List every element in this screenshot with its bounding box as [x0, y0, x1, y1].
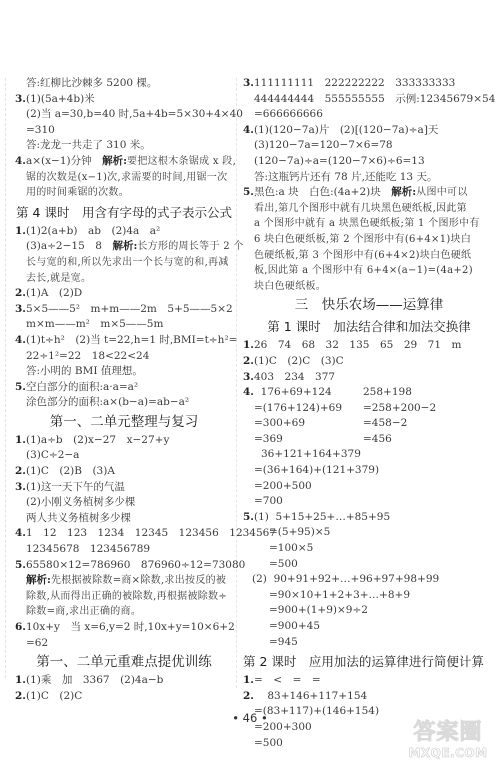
- question-number: 5.: [243, 511, 254, 523]
- review-question-2: 2.(1)C (2)B (3)A: [15, 464, 233, 480]
- answer-text: 空白部分的面积:a·a=a²: [26, 381, 138, 393]
- calc-step: 176+69+124: [261, 386, 332, 398]
- right-column: 3.111111111 222222222 333333333 44444444…: [243, 76, 495, 751]
- review-question-1: 1.(1)a÷b (2)x−27 x−27+y (3)C÷2−a: [15, 433, 233, 464]
- lesson1-question-1: 1.26 74 68 32 135 65 29 71 m: [243, 338, 495, 354]
- question-number: 4.: [243, 386, 254, 398]
- analysis-text: 要把这根木条锯成 x 段,: [127, 156, 236, 167]
- lesson-1-title: 第 1 课时 加法结合律和加法交换律: [243, 317, 495, 337]
- question-4: 4.(1)(120−7a)片 (2)[(120−7a)÷a]天 (3)120−7…: [243, 123, 495, 185]
- analysis-text: 锯的次数是(x−1)次,求需要的时间,用锯一次: [15, 170, 233, 186]
- question-3: 3.(1)(5a+4b)米 (2)当 a=30,b=40 时,5a+4b=5×3…: [15, 92, 233, 154]
- column-divider: [236, 78, 237, 688]
- answer-text: 111111111 222222222 333333333: [254, 77, 455, 89]
- calc-step: =456: [363, 432, 392, 448]
- question-5: 5.黑色:a 块 白色:(4a+2)块 解析:从图中可以 看出,第几个图形中就有…: [243, 185, 495, 294]
- answer-text: (1)(5a+4b)米: [26, 93, 95, 105]
- question-number: 6.: [15, 621, 26, 633]
- question-number: 2.: [243, 355, 254, 367]
- training-section-title: 第一、二单元重难点提优训练: [15, 652, 233, 672]
- lesson4-question-2: 2.(1)A (2)D: [15, 286, 233, 302]
- answer-line: 答:小明的 BMI 值理想。: [15, 364, 233, 380]
- question-number: 3.: [15, 481, 26, 493]
- lesson2-question-1: 1.= < = =: [243, 673, 495, 689]
- calc-step: 90+91+92+…+96+97+98+99: [274, 573, 440, 585]
- answer-text: 26 74 68 32 135 65 29 71 m: [254, 339, 462, 351]
- analysis-label: 解析:: [26, 574, 51, 586]
- question-number: 1.: [15, 674, 26, 686]
- analysis-text: 长方形的周长等于 2 个: [137, 241, 243, 252]
- lesson4-question-3: 3.5×5——5² m+m——2m 5+5——5×2 m×m——m² m×5——…: [15, 302, 233, 333]
- calc-step: =900+45: [243, 619, 495, 635]
- unit-3-title: 三 快乐农场——运算律: [243, 295, 495, 315]
- answer-text: =310: [15, 123, 233, 139]
- analysis-text: 长与宽的和,所以先求出一个长与宽的和,再减: [15, 255, 233, 271]
- question-number: 3.: [243, 77, 254, 89]
- question-number: 1.: [243, 674, 254, 686]
- question-number: 3.: [15, 303, 26, 315]
- answer-text: 444444444 555555555 示例:12345679×54: [243, 92, 495, 108]
- answer-text: 22÷1²=22 18<22<24: [15, 349, 233, 365]
- question-number: 2.: [15, 465, 26, 477]
- watermark-text: 答案圈: [402, 720, 494, 746]
- question-number: 3.: [15, 93, 26, 105]
- analysis-text: 除数,从而得出正确的被除数,再根据被除数÷: [15, 589, 233, 605]
- lesson4-question-4: 4.(1)t÷h² (2)当 t=22,h=1 时,BMI=t÷h²= 22÷1…: [15, 333, 233, 380]
- answer-text: (1)A (2)D: [26, 287, 82, 299]
- calc-step: =945: [243, 635, 495, 651]
- answer-text: m×m——m² m×5——5m: [15, 317, 233, 333]
- watermark-url: MXQE.COM: [402, 746, 494, 760]
- analysis-text: 用的时间乘锯的次数。: [15, 185, 233, 201]
- answer-text: 65580×12=786960 876960÷12=73080: [26, 559, 245, 571]
- question-number: 1.: [15, 434, 26, 446]
- calc-step: =458−2: [363, 416, 407, 432]
- answer-text: (3)120−7a=120−7×6=78: [243, 138, 495, 154]
- lesson-4-title: 第 4 课时 用含有字母的式子表示公式: [15, 203, 233, 223]
- training-question-1: 1.(1)乘 加 3367 (2)4a−b: [15, 673, 233, 689]
- answer-text: =666666666: [243, 107, 495, 123]
- question-number: 4.: [15, 527, 26, 539]
- answer-text: (1)C (2)B (3)A: [26, 465, 115, 477]
- answer-text: (3)C÷2−a: [15, 448, 233, 464]
- question-number: 5.: [15, 381, 26, 393]
- calc-step: 258+198: [363, 385, 412, 401]
- calc-step: =500: [243, 557, 495, 573]
- answer-text: (1)t÷h² (2)当 t=22,h=1 时,BMI=t÷h²=: [26, 334, 237, 346]
- calc-step: =100×5: [243, 541, 495, 557]
- training-question-2: 2.(1)C (2)C: [15, 689, 233, 705]
- review-question-6: 6.10x+y 当 x=6,y=2 时,10x+y=10×6+2 =62: [15, 620, 233, 651]
- question-number: 1.: [243, 339, 254, 351]
- answer-text: 涂色部分的面积:a×(b−a)=ab−a²: [15, 395, 233, 411]
- answer-line: 答:龙龙一共走了 310 米。: [15, 138, 233, 154]
- answer-text: (1)C (2)C: [26, 690, 82, 702]
- lesson1-question-2: 2.(1)C (2)C (3)C: [243, 354, 495, 370]
- watermark-logo: 答案圈 MXQE.COM: [402, 720, 494, 760]
- question-number: 5.: [243, 186, 254, 198]
- answer-text: (120−7a)÷a=(120−7×6)÷6=13: [243, 154, 495, 170]
- left-column: 答:红柳比沙棘多 5200 棵。 3.(1)(5a+4b)米 (2)当 a=30…: [15, 76, 233, 704]
- review-question-5: 5.65580×12=786960 876960÷12=73080 解析:先根据…: [15, 558, 233, 620]
- answer-text: 1 12 123 1234 12345 123456 1234567: [26, 527, 276, 539]
- calc-step: 36+121+164+379: [243, 447, 495, 463]
- lesson1-question-5: 5.(1) 5+15+25+…+85+95 =(5+95)×5 =100×5 =…: [243, 510, 495, 650]
- calc-step: =(36+164)+(121+379): [243, 463, 495, 479]
- answer-text: 403 234 377: [254, 371, 335, 383]
- answer-text: (1)(120−7a)片 (2)[(120−7a)÷a]天: [254, 124, 438, 136]
- lesson1-question-3: 3.403 234 377: [243, 370, 495, 386]
- left-margin-rule: [5, 78, 6, 678]
- question-number: 4.: [15, 334, 26, 346]
- question-number: 5.: [15, 559, 26, 571]
- analysis-text: 块白色硬纸板。: [243, 279, 495, 295]
- answer-text: (2)小刚义务植树多少棵: [15, 495, 233, 511]
- answer-text: (1)C (2)C (3)C: [254, 355, 344, 367]
- sub-label: (2): [252, 573, 267, 585]
- answer-text: a×(x−1)分钟: [26, 155, 92, 167]
- question-number: 1.: [15, 225, 26, 237]
- calc-step: =700: [243, 494, 495, 510]
- analysis-text: 板,因此第 a 个图形中有 6+4×(a−1)=(4a+2): [243, 263, 495, 279]
- question-number: 2.: [243, 690, 254, 702]
- analysis-text: 从图中可以: [416, 187, 468, 198]
- answer-text: (1)2(a+b) ab (2)4a a²: [26, 225, 160, 237]
- calc-step: =90×10+1+2+3+…+8+9: [243, 588, 495, 604]
- question-number: 4.: [15, 155, 26, 167]
- question-number: 3.: [243, 371, 254, 383]
- answer-line: 答:红柳比沙棘多 5200 棵。: [15, 76, 233, 92]
- analysis-text: 色硬纸板,第 3 个图形中有(6+4×2)块白色硬纸: [243, 248, 495, 264]
- calc-step: =200+500: [243, 479, 495, 495]
- answer-text: 黑色:a 块 白色:(4a+2)块: [254, 186, 391, 198]
- analysis-label: 解析:: [102, 155, 127, 167]
- answer-text: 12345678 123456789: [15, 542, 233, 558]
- sub-label: (1): [254, 511, 269, 523]
- review-question-3: 3.(1)这一天下午的气温 (2)小刚义务植树多少棵 两人共义务植树多少棵: [15, 480, 233, 527]
- analysis-label: 解析:: [391, 186, 416, 198]
- question-number: 2.: [15, 287, 26, 299]
- answer-text: =62: [15, 636, 233, 652]
- calc-step: =(5+95)×5: [243, 525, 495, 541]
- answer-key-page: 答:红柳比沙棘多 5200 棵。 3.(1)(5a+4b)米 (2)当 a=30…: [0, 0, 500, 772]
- analysis-text: a 个图形中就有 a 块黑色硬纸板;第 1 个图形中有: [243, 216, 495, 232]
- lesson4-question-1: 1.(1)2(a+b) ab (2)4a a² (3)a÷2−15 8 解析:长…: [15, 224, 233, 286]
- answer-text: 5×5——5² m+m——2m 5+5——5×2: [26, 303, 233, 315]
- analysis-text: 去长,就是宽。: [15, 271, 233, 287]
- question-number: 2.: [15, 690, 26, 702]
- calc-step: =(176+124)+69: [254, 401, 363, 417]
- lesson1-question-4: 4. 176+69+124258+198 =(176+124)+69=258+2…: [243, 385, 495, 510]
- question-number: 4.: [243, 124, 254, 136]
- analysis-text: 6 块白色硬纸板,第 2 个图形中有(6+4×1)块白: [243, 232, 495, 248]
- answer-text: (2)当 a=30,b=40 时,5a+4b=5×30+4×40: [15, 107, 233, 123]
- calc-step: =300+69: [254, 416, 363, 432]
- calc-step: =900+(1+9)×9÷2: [243, 603, 495, 619]
- review-section-title: 第一、二单元整理与复习: [15, 412, 233, 432]
- question-4: 4.a×(x−1)分钟 解析:要把这根木条锯成 x 段, 锯的次数是(x−1)次…: [15, 154, 233, 201]
- answer-line: 答:这瓶钙片还有 78 片,还能吃 13 天。: [243, 170, 495, 186]
- answer-text: (1)乘 加 3367 (2)4a−b: [26, 674, 163, 686]
- answer-text: (3)a÷2−15 8: [26, 240, 112, 252]
- calc-step: 83+146+117+154: [267, 690, 367, 702]
- calc-step: =258+200−2: [363, 401, 436, 417]
- lesson-2-title: 第 2 课时 应用加法的运算律进行简便计算: [243, 652, 495, 672]
- lesson4-question-5: 5.空白部分的面积:a·a=a² 涂色部分的面积:a×(b−a)=ab−a²: [15, 380, 233, 411]
- calc-step: 5+15+25+…+85+95: [276, 511, 391, 523]
- calc-step: =369: [254, 432, 363, 448]
- answer-text: 两人共义务植树多少棵: [15, 511, 233, 527]
- analysis-text: 先根据被除数=商×除数,求出按反的被: [51, 575, 226, 586]
- answer-text: = < = =: [254, 674, 321, 686]
- analysis-text: 除数=商,求出正确的商。: [15, 604, 233, 620]
- answer-text: (1)这一天下午的气温: [26, 481, 125, 493]
- answer-text: (1)a÷b (2)x−27 x−27+y: [26, 434, 169, 446]
- answer-text: 10x+y 当 x=6,y=2 时,10x+y=10×6+2: [26, 621, 235, 633]
- question-3: 3.111111111 222222222 333333333 44444444…: [243, 76, 495, 123]
- analysis-text: 看出,第几个图形中就有几块黑色硬纸板,因此第: [243, 201, 495, 217]
- review-question-4: 4.1 12 123 1234 12345 123456 1234567 123…: [15, 526, 233, 557]
- analysis-label: 解析:: [112, 240, 137, 252]
